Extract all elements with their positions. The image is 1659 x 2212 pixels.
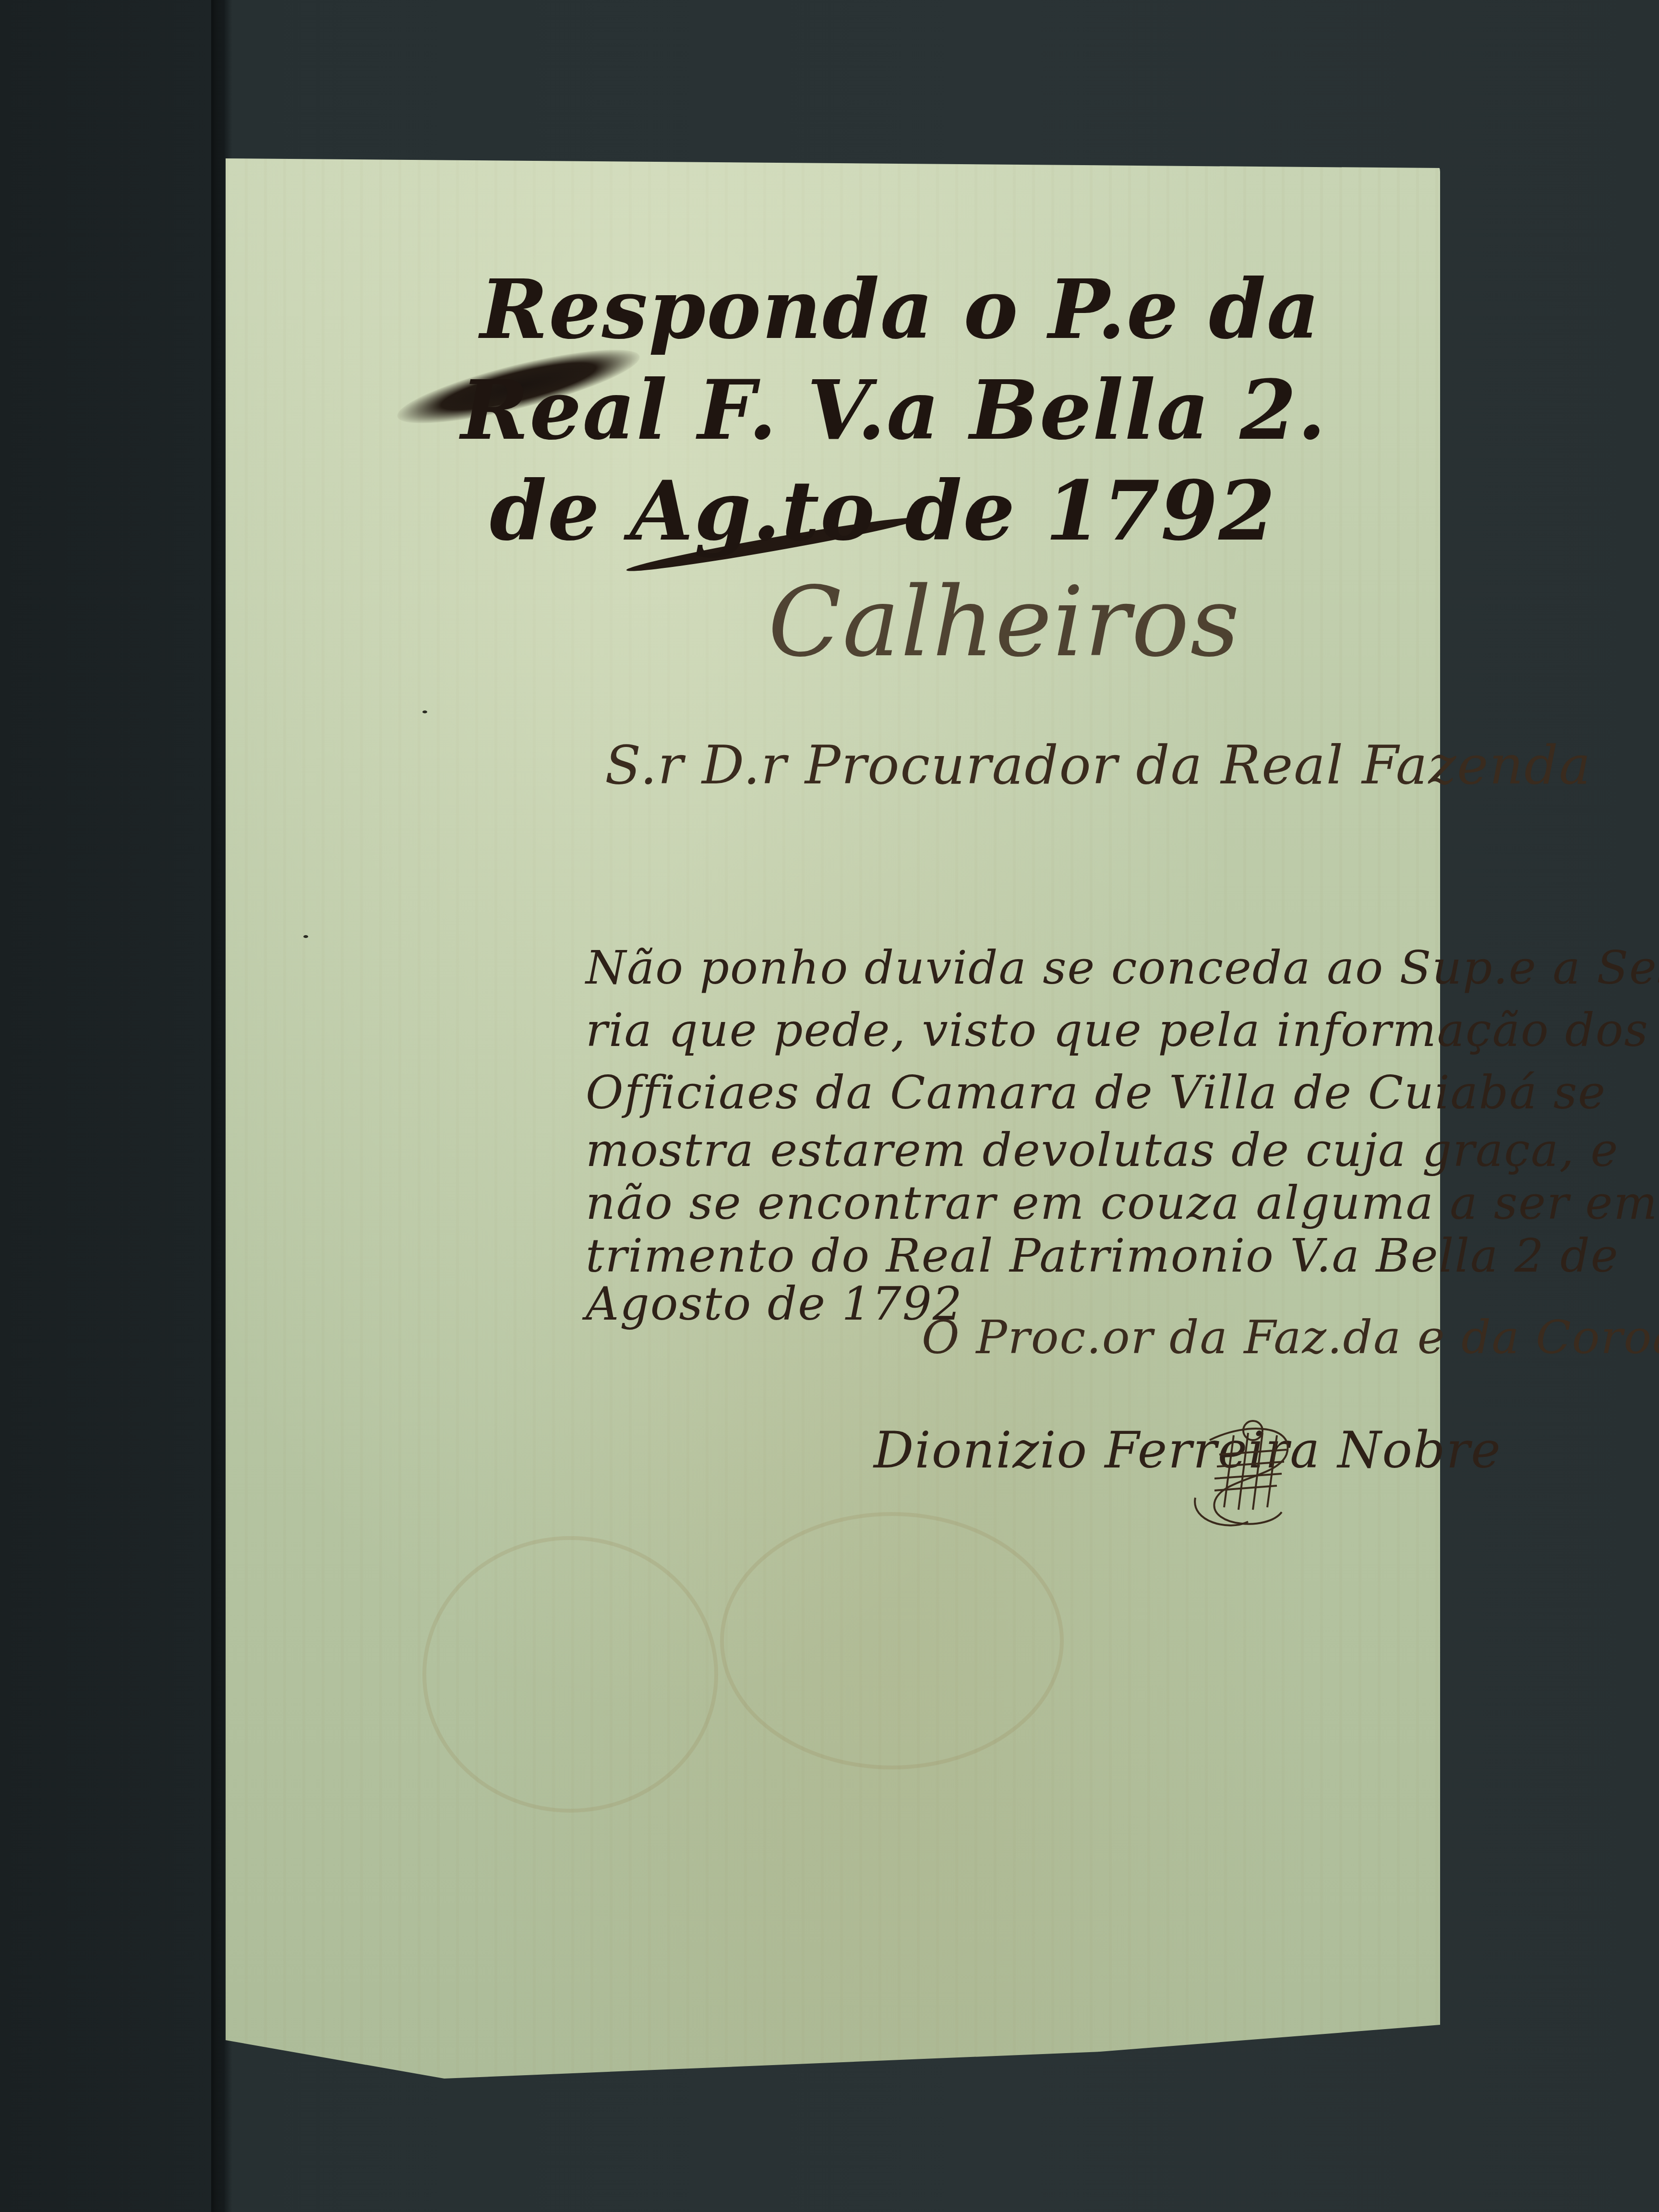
paper-speck	[422, 710, 427, 713]
dispatch-line-3: de Ag.to de 1792	[490, 470, 1276, 552]
photo-stage: Responda o P.e da Real F. V.a Bella 2. d…	[0, 0, 1659, 2212]
body-line-6: trimento do Real Patrimonio V.a Bella 2 …	[586, 1229, 1619, 1283]
paper-speck	[303, 935, 308, 938]
address-line: S.r D.r Procurador da Real Fazenda	[605, 734, 1591, 796]
dispatch-line-2: Real F. V.a Bella 2.	[461, 370, 1327, 451]
body-line-3: Officiaes da Camara de Villa de Cuiabá s…	[586, 1066, 1606, 1119]
signatory-signature: Dionizio Ferreira Nobre	[874, 1421, 1502, 1479]
body-line-1: Não ponho duvida se conceda ao Sup.e a S…	[586, 941, 1659, 995]
body-line-5: não se encontrar em couza alguma a ser e…	[586, 1176, 1659, 1230]
bleed-through-stain	[720, 1512, 1064, 1769]
body-line-7: Agosto de 1792	[586, 1277, 963, 1331]
dispatch-signature: Calheiros	[768, 566, 1240, 678]
dispatch-line-1: Responda o P.e da	[480, 269, 1321, 350]
signatory-title: O Proc.or da Faz.da e da Coroa	[922, 1310, 1659, 1364]
binding-shadow	[211, 0, 226, 2212]
signature-rubric-icon	[1190, 1411, 1310, 1536]
body-line-2: ria que pede, visto que pela informação …	[586, 1003, 1649, 1057]
body-line-4: mostra estarem devolutas de cuja graça, …	[586, 1123, 1619, 1177]
bleed-through-stain	[422, 1536, 718, 1813]
